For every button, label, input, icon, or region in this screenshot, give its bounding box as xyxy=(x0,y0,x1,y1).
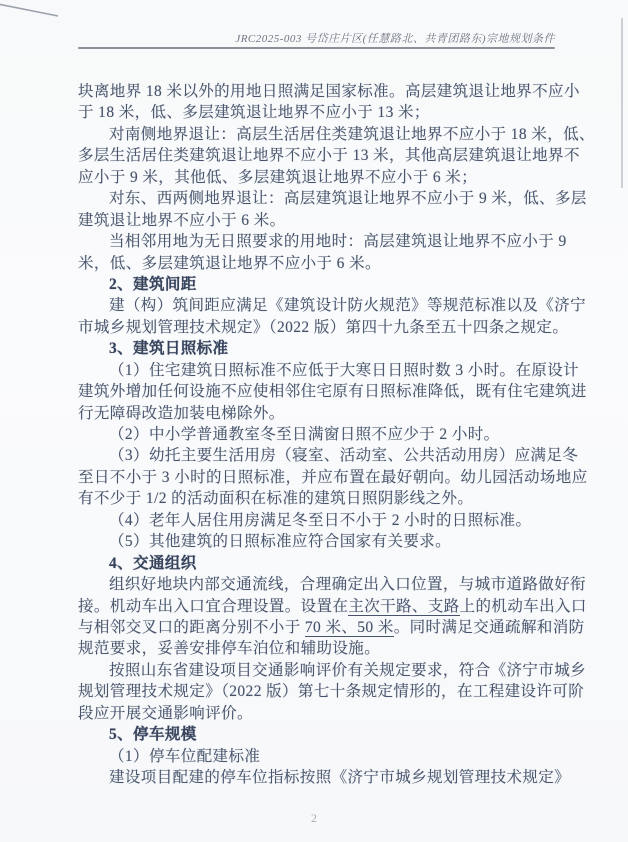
text-segment: 4、交通组织 xyxy=(109,555,197,572)
text-segment: 组织好地块内部交通流线，合理确定出入口位置，与城市道路做好衔 xyxy=(109,576,586,593)
text-line: 对南侧地界退让：高层生活居住类建筑退让地界不应小于 18 米，低、 xyxy=(78,124,564,145)
text-segment: 于 18 米，低、多层建筑退让地界不应小于 13 米； xyxy=(78,104,430,121)
text-line: 段应开展交通影响评价。 xyxy=(78,703,564,724)
text-segment: 对南侧地界退让：高层生活居住类建筑退让地界不应小于 18 米，低、 xyxy=(109,126,595,143)
text-line: 多层生活居住类建筑退让地界不应小于 13 米，其他高层建筑退让地界不 xyxy=(78,145,564,166)
text-segment: 应小于 9 米，其他低、多层建筑退让地界不应小于 6 米； xyxy=(78,169,477,186)
text-line: （1）住宅建筑日照标准不应低于大寒日日照时数 3 小时。在原设计 xyxy=(78,360,564,381)
scan-corner-artifact xyxy=(0,0,70,24)
text-segment: 。同时满足交通疏解和消防 xyxy=(394,619,585,636)
text-line: 米，低、多层建筑退让地界不应小于 6 米。 xyxy=(78,253,564,274)
text-segment: 至日不小于 3 小时的日照标准，并应布置在最好朝向。幼儿园活动场地应 xyxy=(78,469,588,486)
text-segment: 行无障碍改造加装电梯除外。 xyxy=(78,405,285,422)
text-segment: 段应开展交通影响评价。 xyxy=(78,705,253,722)
text-segment: （3）幼托主要生活用房（寝室、活动室、公共活动用房）应满足冬 xyxy=(109,447,578,464)
text-line: 接。机动车出入口宜合理设置。设置在主次干路、支路上的机动车出入口 xyxy=(78,596,564,617)
text-segment: 当相邻用地为无日照要求的用地时：高层建筑退让地界不应小于 9 xyxy=(109,233,567,250)
text-line: （1）停车位配建标准 xyxy=(78,746,564,767)
text-segment: 块离地界 18 米以外的用地日照满足国家标准。高层建筑退让地界不应小 xyxy=(78,83,580,100)
text-line: （5）其他建筑的日照标准应符合国家有关要求。 xyxy=(78,531,564,552)
text-segment: 有不少于 1/2 的活动面积在标准的建筑日照阴影线之外。 xyxy=(78,490,473,507)
text-segment: 规范要求，妥善安排停车泊位和辅助设施。 xyxy=(78,640,380,657)
scanned-document-page: JRC2025-003 号岱庄片区(任慧路北、共青团路东)宗地规划条件 块离地界… xyxy=(0,0,628,842)
text-line: 建筑退让地界不应小于 6 米。 xyxy=(78,210,564,231)
text-segment: 对东、西两侧地界退让：高层建筑退让地界不应小于 9 米，低、多层 xyxy=(109,190,587,207)
text-segment: 多层生活居住类建筑退让地界不应小于 13 米，其他高层建筑退让地界不 xyxy=(78,147,580,164)
text-line: 与相邻交叉口的距离分别不小于 70 米、50 米。同时满足交通疏解和消防 xyxy=(78,617,564,638)
text-segment: 上的机动车出入口 xyxy=(460,598,587,615)
text-segment: 与相邻交叉口的距离分别不小于 xyxy=(78,619,305,636)
text-segment: 3、建筑日照标准 xyxy=(109,340,228,357)
text-segment: 5、停车规模 xyxy=(109,726,197,743)
underlined-text: 70 米、50 米 xyxy=(305,619,394,638)
page-number: 2 xyxy=(0,811,628,826)
text-line: 块离地界 18 米以外的用地日照满足国家标准。高层建筑退让地界不应小 xyxy=(78,81,564,102)
page-header: JRC2025-003 号岱庄片区(任慧路北、共青团路东)宗地规划条件 xyxy=(78,30,555,46)
text-segment: （2）中小学普通教室冬至日满窗日照不应少于 2 小时。 xyxy=(109,426,500,443)
text-segment: 米，低、多层建筑退让地界不应小于 6 米。 xyxy=(78,255,381,272)
text-line: 当相邻用地为无日照要求的用地时：高层建筑退让地界不应小于 9 xyxy=(78,231,564,252)
text-segment: （1）停车位配建标准 xyxy=(109,748,260,765)
text-segment: （1）住宅建筑日照标准不应低于大寒日日照时数 3 小时。在原设计 xyxy=(109,362,579,379)
text-segment: （5）其他建筑的日照标准应符合国家有关要求。 xyxy=(109,533,451,550)
text-segment: 市城乡规划管理技术规定》（2022 版）第四十九条至五十四条之规定。 xyxy=(78,319,568,336)
text-segment: 建筑外增加任何设施不应使相邻住宅原有日照标准降低，既有住宅建筑进 xyxy=(78,383,587,400)
text-segment: 接。机动车出入口宜合理设置。设置在 xyxy=(78,598,348,615)
text-line: 规划管理技术规定》（2022 版）第七十条规定情形的，在工程建设许可阶 xyxy=(78,681,564,702)
text-line: 至日不小于 3 小时的日照标准，并应布置在最好朝向。幼儿园活动场地应 xyxy=(78,467,564,488)
text-line: 于 18 米，低、多层建筑退让地界不应小于 13 米； xyxy=(78,102,564,123)
text-line: 建设项目配建的停车位指标按照《济宁市城乡规划管理技术规定》 xyxy=(78,767,564,788)
text-segment: 按照山东省建设项目交通影响评价有关规定要求，符合《济宁市城乡 xyxy=(109,662,586,679)
text-line: 建（构）筑间距应满足《建筑设计防火规范》等规范标准以及《济宁 xyxy=(78,295,564,316)
underlined-text: 主次干路、支路 xyxy=(348,598,459,617)
text-line: 建筑外增加任何设施不应使相邻住宅原有日照标准降低，既有住宅建筑进 xyxy=(78,381,564,402)
text-segment: 规划管理技术规定》（2022 版）第七十条规定情形的，在工程建设许可阶 xyxy=(78,683,584,700)
text-line: 应小于 9 米，其他低、多层建筑退让地界不应小于 6 米； xyxy=(78,167,564,188)
text-line: 规范要求，妥善安排停车泊位和辅助设施。 xyxy=(78,638,564,659)
text-segment: 建设项目配建的停车位指标按照《济宁市城乡规划管理技术规定》 xyxy=(109,769,570,786)
scan-edge-artifact xyxy=(621,18,623,188)
text-line: 行无障碍改造加装电梯除外。 xyxy=(78,403,564,424)
text-line: （2）中小学普通教室冬至日满窗日照不应少于 2 小时。 xyxy=(78,424,564,445)
section-heading: 4、交通组织 xyxy=(78,553,564,574)
text-line: 市城乡规划管理技术规定》（2022 版）第四十九条至五十四条之规定。 xyxy=(78,317,564,338)
section-heading: 3、建筑日照标准 xyxy=(78,338,564,359)
document-body: 块离地界 18 米以外的用地日照满足国家标准。高层建筑退让地界不应小于 18 米… xyxy=(78,81,564,788)
header-title: JRC2025-003 号岱庄片区(任慧路北、共青团路东)宗地规划条件 xyxy=(235,33,555,45)
text-line: （4）老年人居住用房满足冬至日不小于 2 小时的日照标准。 xyxy=(78,510,564,531)
text-segment: 建筑退让地界不应小于 6 米。 xyxy=(78,212,286,229)
text-segment: 2、建筑间距 xyxy=(109,276,197,293)
section-heading: 5、停车规模 xyxy=(78,724,564,745)
section-heading: 2、建筑间距 xyxy=(78,274,564,295)
text-line: 组织好地块内部交通流线，合理确定出入口位置，与城市道路做好衔 xyxy=(78,574,564,595)
text-line: 按照山东省建设项目交通影响评价有关规定要求，符合《济宁市城乡 xyxy=(78,660,564,681)
text-line: 有不少于 1/2 的活动面积在标准的建筑日照阴影线之外。 xyxy=(78,488,564,509)
header-rule xyxy=(78,47,555,49)
text-segment: （4）老年人居住用房满足冬至日不小于 2 小时的日照标准。 xyxy=(109,512,531,529)
text-line: （3）幼托主要生活用房（寝室、活动室、公共活动用房）应满足冬 xyxy=(78,445,564,466)
text-segment: 建（构）筑间距应满足《建筑设计防火规范》等规范标准以及《济宁 xyxy=(109,297,586,314)
text-line: 对东、西两侧地界退让：高层建筑退让地界不应小于 9 米，低、多层 xyxy=(78,188,564,209)
